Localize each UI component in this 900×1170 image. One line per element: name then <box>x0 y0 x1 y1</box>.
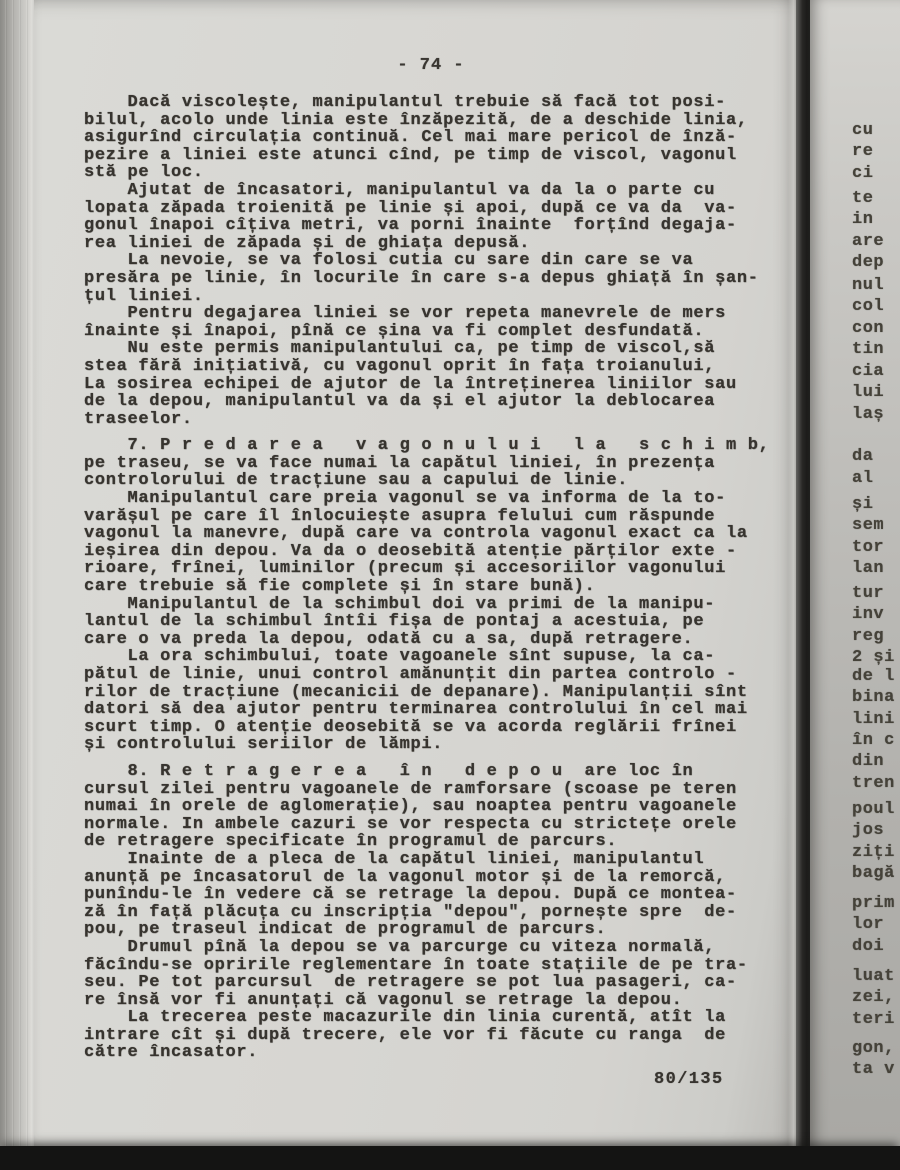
facing-page-text-fragment: ta v <box>852 1061 895 1078</box>
facing-page-text-fragment: 2 și <box>852 649 895 666</box>
facing-page-text-fragment: tur <box>852 585 884 602</box>
facing-page-text-fragment: din <box>852 753 884 770</box>
text-block: Dacă viscolește, manipulantul trebuie să… <box>84 94 784 1062</box>
facing-page-text-fragment: ci <box>852 165 873 182</box>
paragraph: La trecerea peste macazurile din linia c… <box>84 1009 784 1062</box>
book-left-page-edges <box>0 0 34 1150</box>
facing-page-text-fragment: lor <box>852 916 884 933</box>
facing-page-text-fragment: re <box>852 143 873 160</box>
paragraph: Dacă viscolește, manipulantul trebuie să… <box>84 94 784 182</box>
facing-page-text-fragment: cu <box>852 122 873 139</box>
facing-page-text-fragment: nul <box>852 277 884 294</box>
facing-page-text-fragment: și <box>852 496 873 513</box>
page-footer-number: 80/135 <box>654 1070 724 1089</box>
facing-page: cureciteinaredepnulcolcontincialuilașdaa… <box>810 0 900 1150</box>
facing-page-text-fragment: doi <box>852 938 884 955</box>
facing-page-text-fragment: jos <box>852 822 884 839</box>
facing-page-text-fragment: te <box>852 190 873 207</box>
facing-page-text-fragment: gon, <box>852 1040 895 1057</box>
facing-page-text-fragment: tren <box>852 775 895 792</box>
book-scan: - 74 - Dacă viscolește, manipulantul tre… <box>0 0 900 1170</box>
facing-page-text-fragment: reg <box>852 628 884 645</box>
facing-page-text-fragment: în c <box>852 732 895 749</box>
facing-page-text-fragment: luat <box>852 968 895 985</box>
facing-page-text-fragment: cia <box>852 363 884 380</box>
paragraph: Drumul pînă la depou se va parcurge cu v… <box>84 939 784 1009</box>
facing-page-text-fragment: lui <box>852 384 884 401</box>
facing-page-text-fragment: teri <box>852 1011 895 1028</box>
facing-page-text-fragment: lan <box>852 560 884 577</box>
paragraph: Manipulantul de la schimbul doi va primi… <box>84 596 784 649</box>
paragraph: La ora schimbului, toate vagoanele sînt … <box>84 648 784 754</box>
facing-page-text-fragment: al <box>852 470 873 487</box>
page-number-header: - 74 - <box>84 56 778 75</box>
main-page: - 74 - Dacă viscolește, manipulantul tre… <box>34 0 796 1150</box>
facing-page-text-fragment: prim <box>852 895 895 912</box>
table-surface <box>0 1146 900 1170</box>
facing-page-text-fragment: bina <box>852 689 895 706</box>
facing-page-text-fragment: tor <box>852 539 884 556</box>
facing-page-text-fragment: da <box>852 448 873 465</box>
facing-page-text-fragment: ziți <box>852 844 895 861</box>
facing-page-text-fragment: in <box>852 211 873 228</box>
facing-page-text-fragment: zei, <box>852 989 895 1006</box>
facing-page-text-fragment: are <box>852 233 884 250</box>
facing-page-text-fragment: tin <box>852 341 884 358</box>
paragraph: 7. P r e d a r e a v a g o n u l u i l a… <box>84 437 784 490</box>
paragraph: Ajutat de încasatori, manipulantul va da… <box>84 182 784 252</box>
facing-page-text-fragment: inv <box>852 606 884 623</box>
paragraph: La nevoie, se va folosi cutia cu sare di… <box>84 252 784 305</box>
facing-page-text-fragment: poul <box>852 801 895 818</box>
facing-page-text-fragment: con <box>852 320 884 337</box>
paragraph: Inainte de a pleca de la capătul liniei,… <box>84 851 784 939</box>
facing-page-text-fragment: bagă <box>852 865 895 882</box>
facing-page-text-fragment: laș <box>852 406 884 423</box>
paragraph: Nu este permis manipulantului ca, pe tim… <box>84 340 784 428</box>
facing-page-text-fragment: sem <box>852 517 884 534</box>
facing-page-text-fragment: col <box>852 298 884 315</box>
facing-page-text-fragment: de l <box>852 668 895 685</box>
facing-page-text-fragment: dep <box>852 254 884 271</box>
paragraph: Pentru degajarea liniei se vor repeta ma… <box>84 305 784 340</box>
paragraph: 8. R e t r a g e r e a î n d e p o u are… <box>84 763 784 851</box>
paragraph: Manipulantul care preia vagonul se va in… <box>84 490 784 596</box>
facing-page-text-fragment: lini <box>852 711 895 728</box>
